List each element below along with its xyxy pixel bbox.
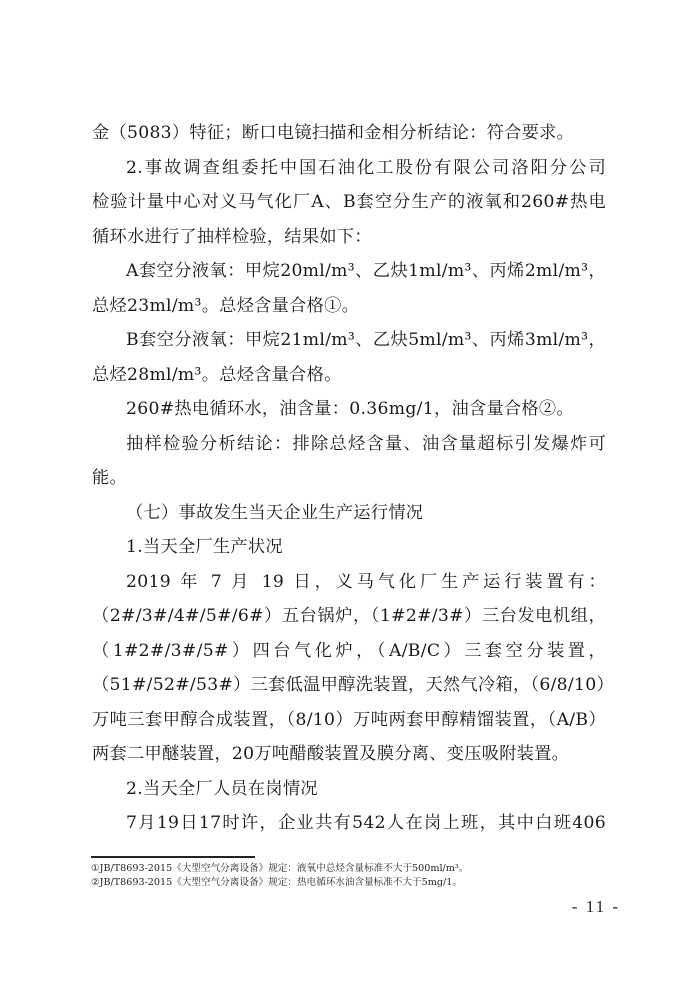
text-line: 总烃28ml/m³。总烃含量合格。 (92, 358, 606, 393)
footnotes: ①JB/T8693-2015《大型空气分离设备》规定：液氧中总烃含量标准不大于5… (91, 862, 611, 890)
text-line: 总烃23ml/m³。总烃含量合格①。 (92, 289, 606, 324)
text-line: 7月19日17时许，企业共有542人在岗上班，其中白班406 (92, 806, 606, 841)
subsection-heading: 1.当天全厂生产状况 (92, 530, 606, 565)
footnote-divider (91, 856, 255, 858)
text-line: 260#热电循环水，油含量：0.36mg/1，油含量合格②。 (92, 392, 606, 427)
text-line: 金（5083）特征；断口电镜扫描和金相分析结论：符合要求。 (92, 116, 606, 151)
document-page: 金（5083）特征；断口电镜扫描和金相分析结论：符合要求。 2.事故调查组委托中… (0, 0, 700, 990)
text-line: 两套二甲醚装置，20万吨醋酸装置及膜分离、变压吸附装置。 (92, 737, 606, 772)
footnote-1: ①JB/T8693-2015《大型空气分离设备》规定：液氧中总烃含量标准不大于5… (91, 862, 611, 876)
footnote-2: ②JB/T8693-2015《大型空气分离设备》规定：热电循环水油含量标准不大于… (91, 876, 611, 890)
text-line: 能。 (92, 461, 606, 496)
text-line: 循环水进行了抽样检验，结果如下： (92, 220, 606, 255)
text-line: （51#/52#/53#）三套低温甲醇洗装置，天然气冷箱，（6/8/10） (92, 668, 606, 703)
text-line: 2.事故调查组委托中国石油化工股份有限公司洛阳分公司 (92, 151, 606, 186)
text-line: A套空分液氧：甲烷20ml/m³、乙炔1ml/m³、丙烯2ml/m³， (92, 254, 606, 289)
page-number: - 11 - (560, 897, 620, 917)
text-line: 抽样检验分析结论：排除总烃含量、油含量超标引发爆炸可 (92, 427, 606, 462)
text-line: 2019 年 7 月 19 日，义马气化厂生产运行装置有： (92, 565, 606, 600)
body-text: 金（5083）特征；断口电镜扫描和金相分析结论：符合要求。 2.事故调查组委托中… (92, 116, 606, 841)
text-line: B套空分液氧：甲烷21ml/m³、乙炔5ml/m³、丙烯3ml/m³， (92, 323, 606, 358)
text-line: 万吨三套甲醇合成装置，（8/10）万吨两套甲醇精馏装置，（A/B） (92, 703, 606, 738)
section-heading: （七）事故发生当天企业生产运行情况 (92, 496, 606, 531)
text-line: 检验计量中心对义马气化厂A、B套空分生产的液氧和260#热电 (92, 185, 606, 220)
text-line: （1#2#/3#/5#）四台气化炉，（A/B/C）三套空分装置， (92, 634, 606, 669)
subsection-heading: 2.当天全厂人员在岗情况 (92, 772, 606, 807)
text-line: （2#/3#/4#/5#/6#）五台锅炉，（1#2#/3#）三台发电机组， (92, 599, 606, 634)
